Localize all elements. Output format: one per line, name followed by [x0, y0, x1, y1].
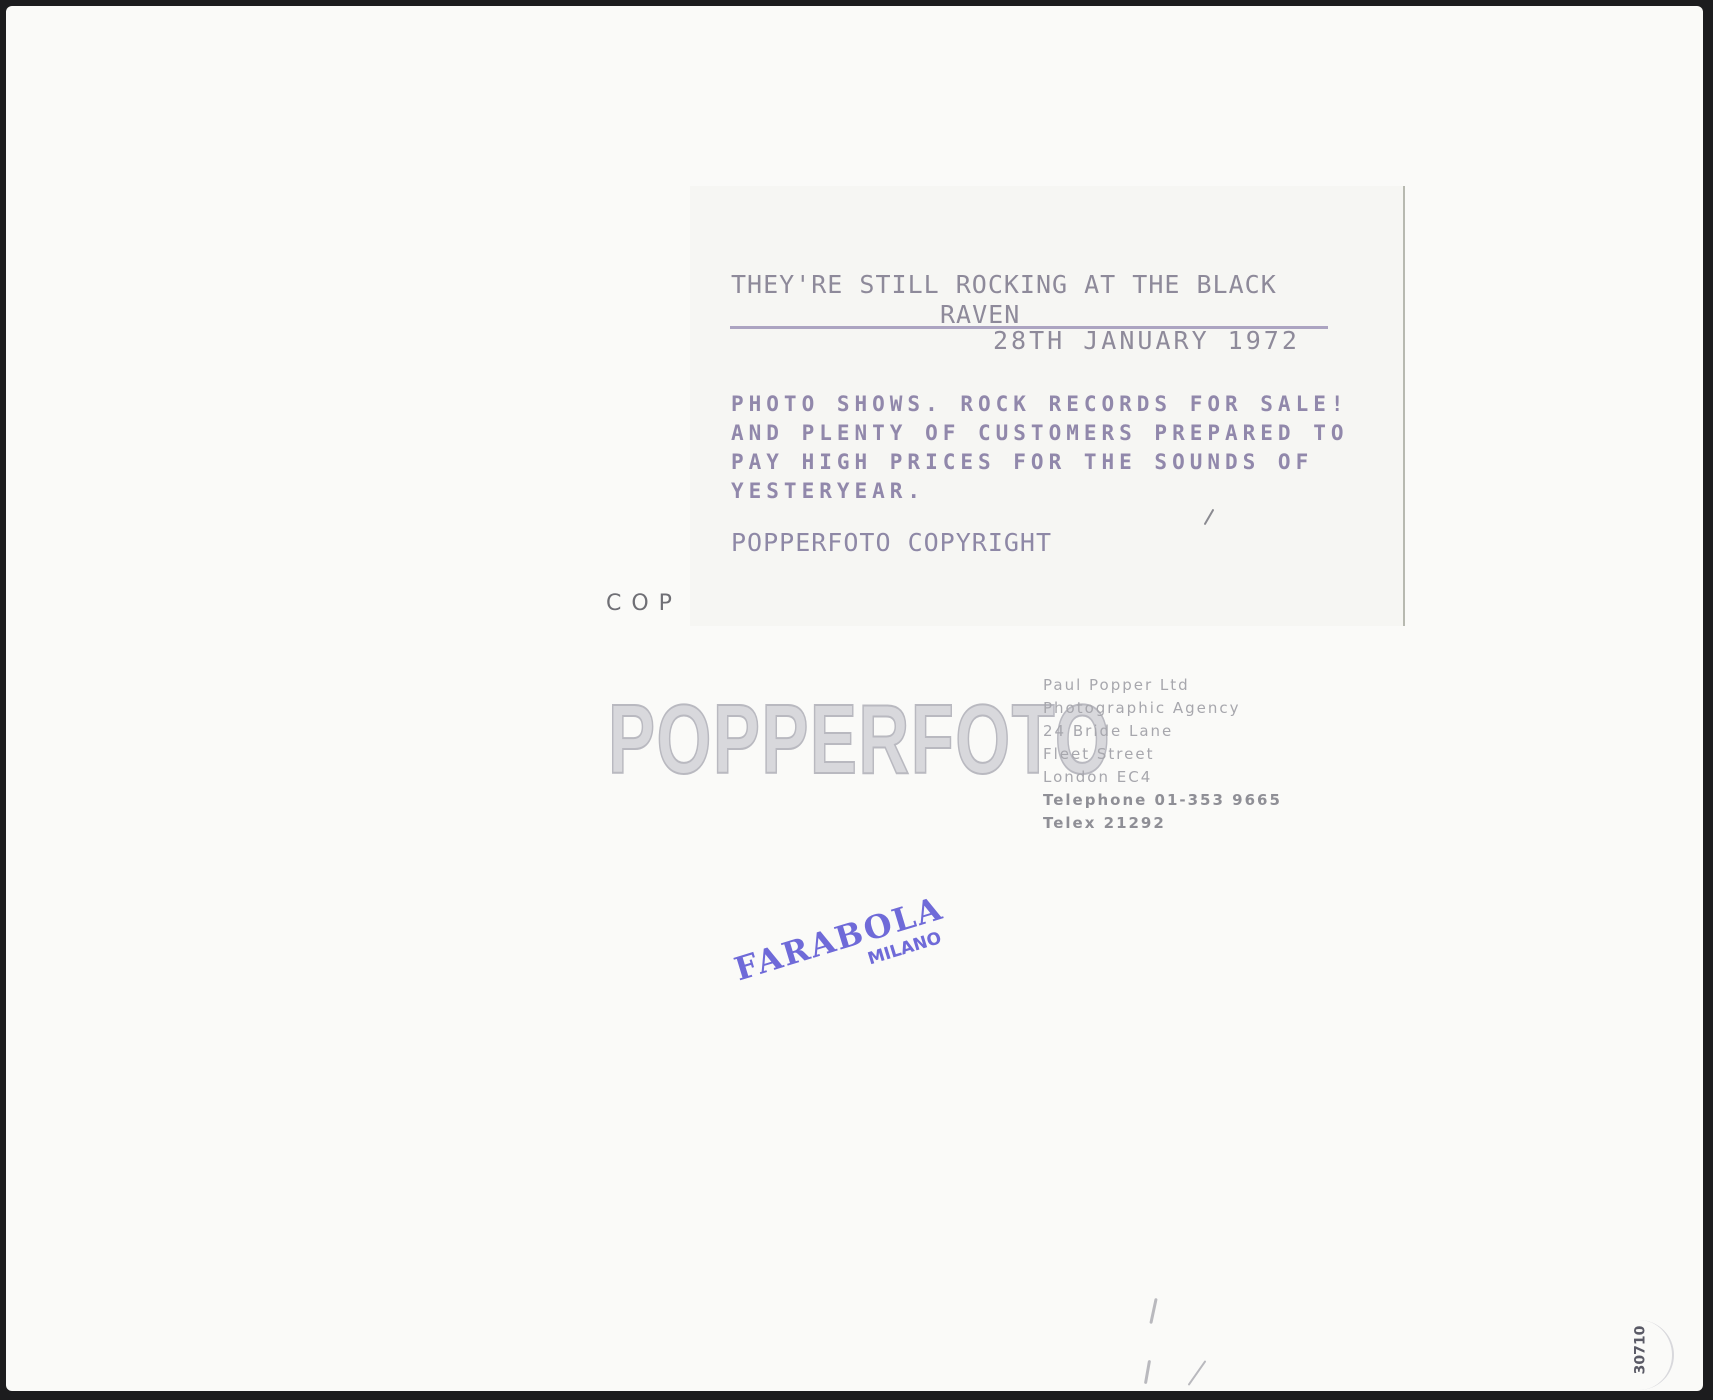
caption-body-line: YESTERYEAR. [731, 479, 925, 503]
caption-date: 28TH JANUARY 1972 [993, 326, 1300, 355]
agency-address-stamp: Paul Popper Ltd Photographic Agency 24 B… [1043, 674, 1282, 835]
address-line: London EC4 [1043, 766, 1282, 789]
handwritten-number-text: 30710 [1632, 1326, 1648, 1375]
popperfoto-stamp: POPPERFOTO [608, 690, 1111, 788]
partial-copyright-stamp: COP [606, 591, 682, 616]
address-line: Telephone 01-353 9665 [1043, 789, 1282, 812]
address-line: Photographic Agency [1043, 697, 1282, 720]
caption-copyright: POPPERFOTO COPYRIGHT [731, 528, 1052, 557]
caption-body-line: PHOTO SHOWS. ROCK RECORDS FOR SALE! [731, 392, 1349, 416]
address-line: Telex 21292 [1043, 812, 1282, 835]
caption-headline-continued: RAVEN [940, 300, 1020, 329]
caption-body-line: AND PLENTY OF CUSTOMERS PREPARED TO [731, 421, 1349, 445]
address-line: Fleet Street [1043, 743, 1282, 766]
caption-body-line: PAY HIGH PRICES FOR THE SOUNDS OF [731, 450, 1313, 474]
caption-headline: THEY'RE STILL ROCKING AT THE BLACK [731, 270, 1277, 299]
address-line: Paul Popper Ltd [1043, 674, 1282, 697]
address-line: 24 Bride Lane [1043, 720, 1282, 743]
